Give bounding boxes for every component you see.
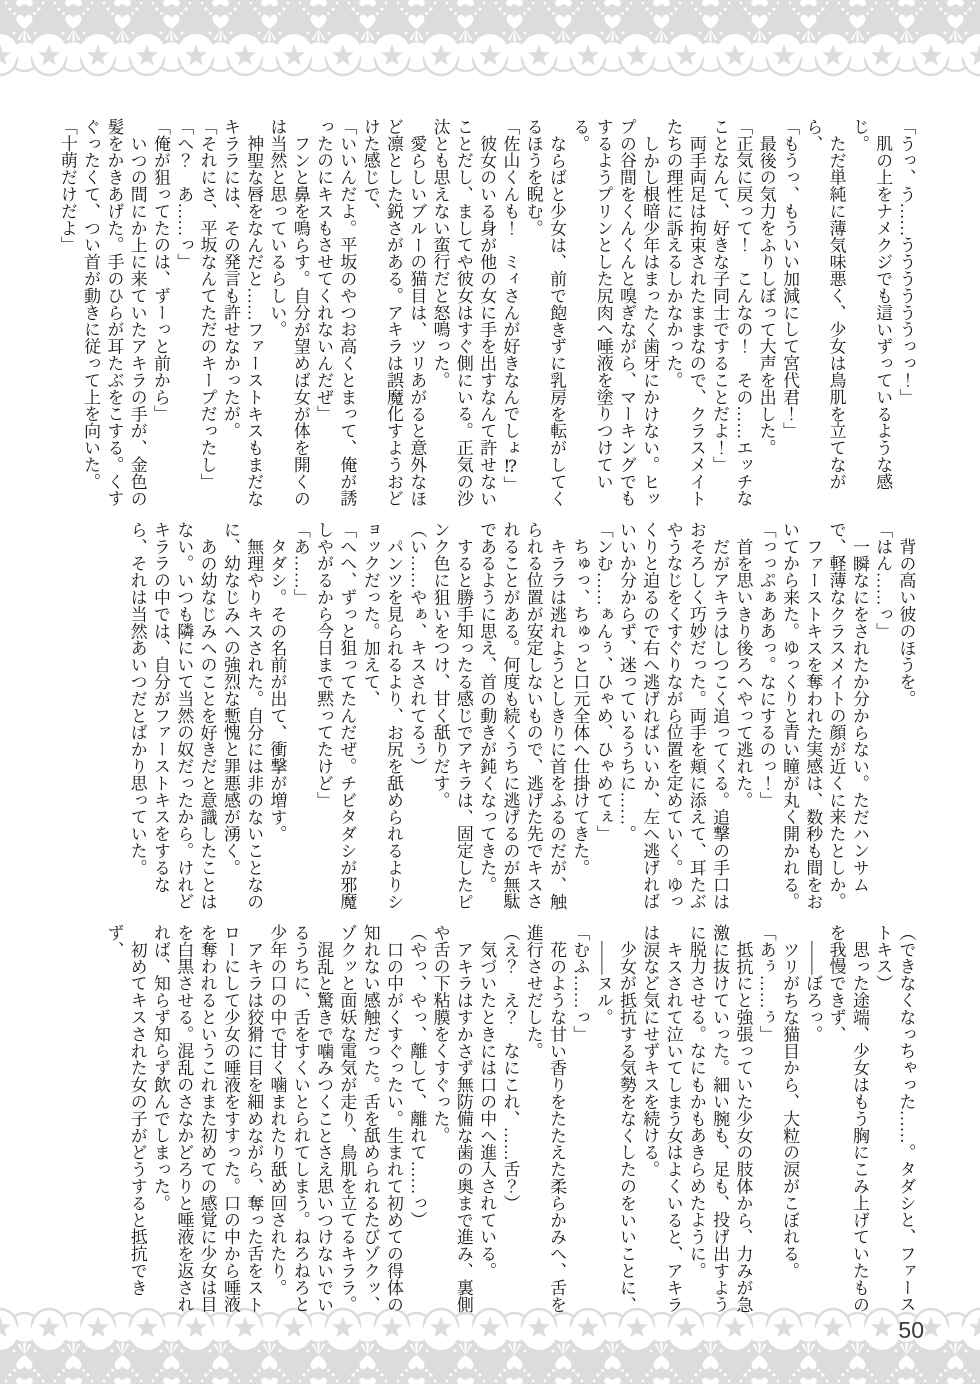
paragraph: 「へへ、ずっと狙ってたんだぜ。チビタダシが邪魔しやがるから今日まで黙ってたけど」 bbox=[312, 521, 359, 911]
paragraph: （え？ え？ なにこれ、……舌？） bbox=[499, 924, 522, 1314]
paragraph: 初めてキスされた女の子がどうすると抵抗できず、 bbox=[103, 924, 150, 1314]
paragraph: 「はん……っ」 bbox=[871, 521, 894, 911]
paragraph: 「へ？ あ……っ」 bbox=[173, 118, 196, 508]
lace-border-top bbox=[0, 0, 980, 90]
paragraph: 最後の気力をふりしぼって大声を出した。 bbox=[755, 118, 778, 508]
text-band-bottom: （できなくなっちゃった……。タダシと、ファーストキス）思った途端、少女はもう胸に… bbox=[118, 924, 918, 1314]
paragraph: ただ単純に薄気味悪く、少女は鳥肌を立てながら、 bbox=[802, 118, 849, 508]
paragraph: タダシ。その名前が出て、衝撃が増す。 bbox=[266, 521, 289, 911]
paragraph: 「佐山くんも！ ミィさんが好きなんでしょ⁉」 bbox=[499, 118, 522, 508]
paragraph: 背の高い彼のほうを。 bbox=[895, 521, 918, 911]
paragraph: 「あぅ……ぅ」 bbox=[755, 924, 778, 1314]
book-page: 「うっ、う……ううううううっっ！」肌の上をナメクジでも這いずっているような感じ。… bbox=[0, 0, 980, 1384]
paragraph: 「っっぷぁああっ。なにするのっ！」 bbox=[755, 521, 778, 911]
paragraph: 気づいたときには口の中へ進入されている。 bbox=[475, 924, 498, 1314]
paragraph: いつの間にか上に来ていたアキラの手が、金色の髪をかきあげた。手のひらが耳たぶをこ… bbox=[79, 118, 149, 508]
paragraph: 花のような甘い香りをたたえた柔らかみへ、舌を進行させだした。 bbox=[522, 924, 569, 1314]
paragraph: 「あ……」 bbox=[289, 521, 312, 911]
paragraph: 神聖な唇をなんだと……ファーストキスもまだなキララには、その発言も許せなかったが… bbox=[219, 118, 266, 508]
paragraph: キララは逃れようとしきりに首をふるのだが、触られる位置が安定しないもので、逃げた… bbox=[475, 521, 568, 911]
paragraph: 無理やりキスされた。自分には非のないことなのに、幼なじみへの強烈な慙愧と罪悪感が… bbox=[219, 521, 266, 911]
paragraph: ――ぼろっ。 bbox=[802, 924, 825, 1314]
paragraph: 「正気に戻って！ こんなの！ その……エッチなことなんて、好きな子同士ですること… bbox=[708, 118, 755, 508]
paragraph: 彼女のいる身が他の女に手を出すなんて許せないことだし、ましてや彼女はすぐ側にいる… bbox=[429, 118, 499, 508]
paragraph: あの幼なじみへのことを好きだと意識したことはない。いつも隣にいて当然の奴だったか… bbox=[126, 521, 219, 911]
text-band-top: 「うっ、う……ううううううっっ！」肌の上をナメクジでも這いずっているような感じ。… bbox=[118, 118, 918, 508]
paragraph: 愛らしいブルーの猫目は、ツリあがると意外なほど凛とした鋭さがある。アキラは誤魔化… bbox=[359, 118, 429, 508]
text-band-middle: 背の高い彼のほうを。「はん……っ」一瞬なにをされたか分からない。ただハンサムで、… bbox=[118, 521, 918, 911]
paragraph: すると勝手知ったる感じでアキラは、固定したピンク色に狙いをつけ、甘く舐りだす。 bbox=[429, 521, 476, 911]
paragraph: ちゅっ、ちゅっと口元全体へ仕掛けてきた。 bbox=[569, 521, 592, 911]
paragraph: 「もうっ、もういい加減にして宮代君！」 bbox=[778, 118, 801, 508]
paragraph: ツリがちな猫目から、大粒の涙がこぼれる。 bbox=[778, 924, 801, 1314]
paragraph: 一瞬なにをされたか分からない。ただハンサムで、軽薄なクラスメイトの顔が近くに来た… bbox=[825, 521, 872, 911]
paragraph: 「いいんだよ。平坂のやつお高くとまって、俺が誘ったのにキスもさせてくれないんだぜ… bbox=[312, 118, 359, 508]
paragraph: 抵抗にと強張っていた少女の肢体から、力みが急激に抜けていった。細い腕も、足も、投… bbox=[685, 924, 755, 1314]
paragraph: 思った途端、少女はもう胸にこみ上げていたものを我慢できず、 bbox=[825, 924, 872, 1314]
paragraph: パンツを見られるより、お尻を舐められるよりショックだった。加えて、 bbox=[359, 521, 406, 911]
paragraph: 混乱と驚きで噛みつくことさえ思いつけないでいるうちに、舌をすくいとられてしまう。… bbox=[266, 924, 336, 1314]
paragraph: （やっ、やっ、離して、離れて……っ） bbox=[405, 924, 428, 1314]
paragraph: （い……やぁ、キスされてるぅ） bbox=[405, 521, 428, 911]
paragraph: ならばと少女は、前で飽きずに乳房を転がしてくるほうを睨む。 bbox=[522, 118, 569, 508]
paragraph: フンと鼻を鳴らす。自分が望めば女が体を開くのは当然と思っているらしい。 bbox=[266, 118, 313, 508]
paragraph: （できなくなっちゃった……。タダシと、ファーストキス） bbox=[871, 924, 918, 1314]
paragraph: 肌の上をナメクジでも這いずっているような感じ。 bbox=[848, 118, 895, 508]
paragraph: 首を思いきり後ろへやって逃れた。 bbox=[732, 521, 755, 911]
paragraph: 「俺が狙ってたのは、ずーっと前から」 bbox=[149, 118, 172, 508]
paragraph: しかし根暗少年はまったく歯牙にかけない。ヒップの谷間をくんくんと嗅ぎながら、マー… bbox=[569, 118, 662, 508]
paragraph: ファーストキスを奪われた実感は、数秒も間をおいてから来た。ゆっくりと青い瞳が丸く… bbox=[778, 521, 825, 911]
paragraph: キスされて泣いてしまう女はよくいると、アキラは涙など気にせずキスを続ける。 bbox=[638, 924, 685, 1314]
paragraph: 「それにさ、平坂なんてただのキープだったし」 bbox=[196, 118, 219, 508]
star-icon-row bbox=[0, 0, 980, 90]
paragraph: 「むふ……っ」 bbox=[569, 924, 592, 1314]
page-number: 50 bbox=[898, 1317, 924, 1344]
paragraph: 口の中がくすぐったい。生まれて初めての得体の知れない感触だった。舌を舐められるた… bbox=[336, 924, 406, 1314]
paragraph: だがアキラはしつこく追ってくる。追撃の手口はおそろしく巧妙だった。両手を頬に添え… bbox=[615, 521, 731, 911]
paragraph: 両手両足は拘束されたままなので、クラスメイトたちの理性に訴えるしかなかった。 bbox=[662, 118, 709, 508]
paragraph: 少女が抵抗する気勢をなくしたのをいいことに、 bbox=[615, 924, 638, 1314]
paragraph: 「ンむ……ぁんぅ、ひゃめ、ひゃめてぇ」 bbox=[592, 521, 615, 911]
paragraph: アキラはすかさず無防備な歯の奥まで進み、裏側や舌の下粘膜をくすぐった。 bbox=[429, 924, 476, 1314]
paragraph: ――ヌル。 bbox=[592, 924, 615, 1314]
paragraph: 「十萌だけだよ」 bbox=[56, 118, 79, 508]
paragraph: 「うっ、う……ううううううっっ！」 bbox=[895, 118, 918, 508]
text-content: 「うっ、う……ううううううっっ！」肌の上をナメクジでも這いずっているような感じ。… bbox=[118, 118, 918, 1314]
paragraph: アキラは狡猾に目を細めながら、奪った舌をストローにして少女の唾液をすすった。口の… bbox=[149, 924, 265, 1314]
